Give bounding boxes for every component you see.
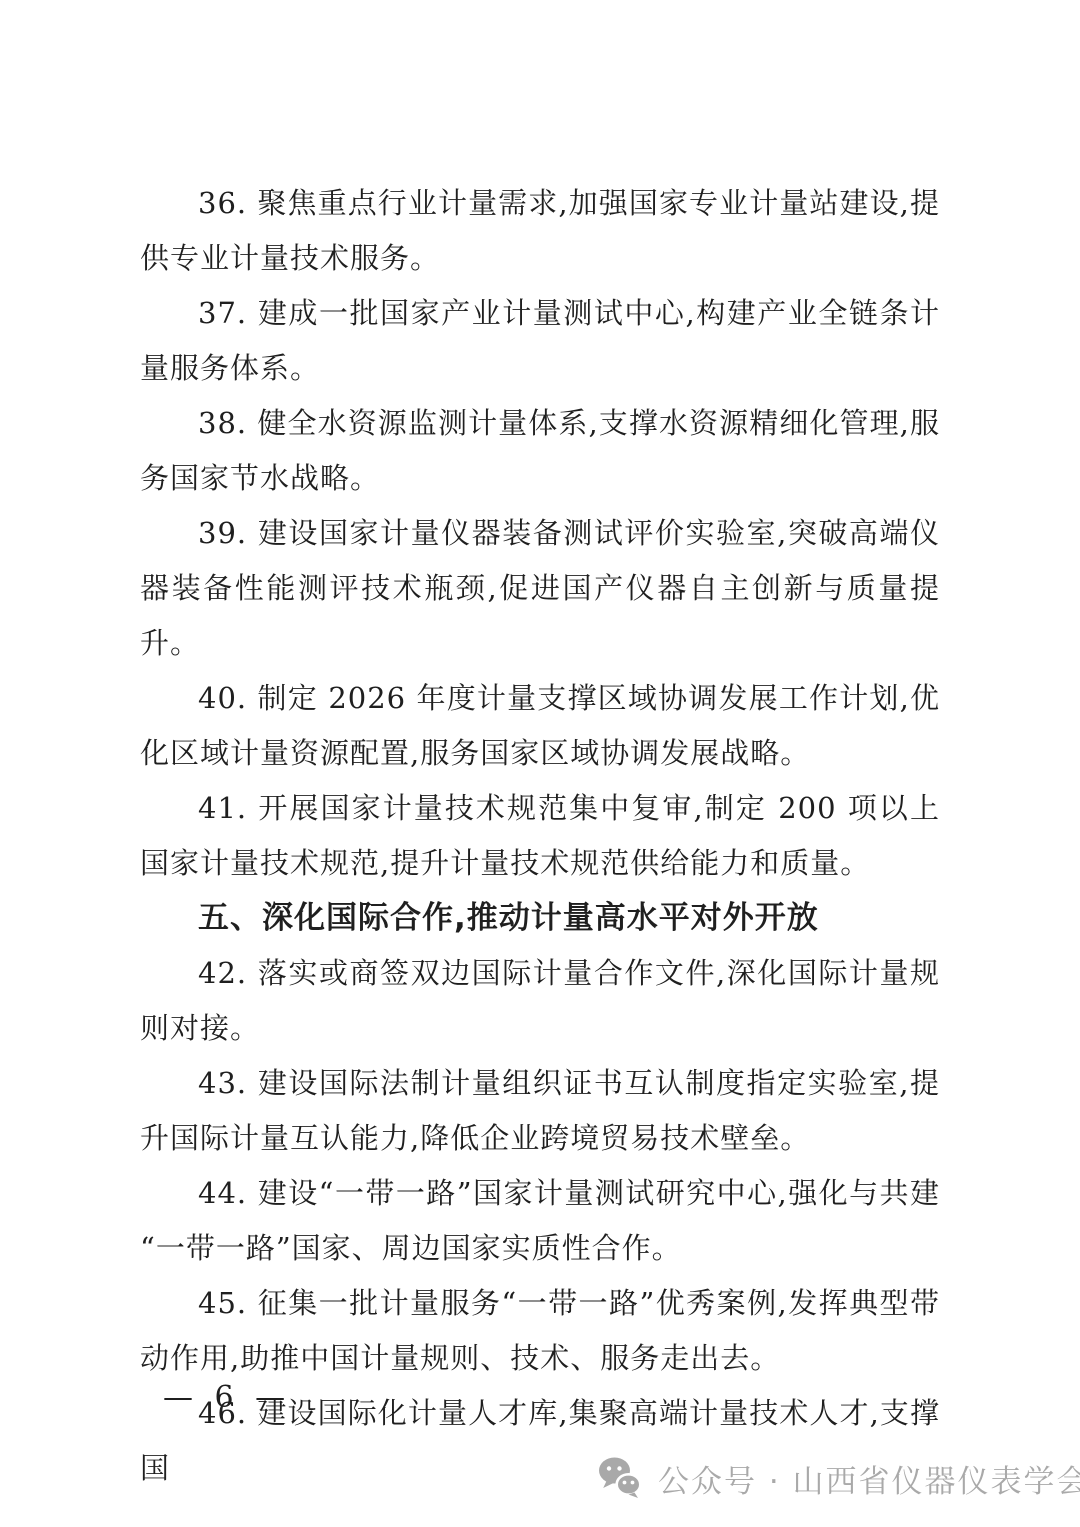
document-paragraph: 44. 建设“一带一路”国家计量测试研究中心,强化与共建“一带一路”国家、周边国…: [140, 1166, 940, 1276]
page-number: — 6 —: [163, 1380, 291, 1415]
document-paragraph: 37. 建成一批国家产业计量测试中心,构建产业全链条计量服务体系。: [140, 286, 940, 396]
wechat-icon: [598, 1457, 642, 1499]
wechat-watermark: 公众号 · 山西省仪器仪表学会: [598, 1452, 1080, 1504]
document-paragraph: 45. 征集一批计量服务“一带一路”优秀案例,发挥典型带动作用,助推中国计量规则…: [140, 1276, 940, 1386]
document-paragraph: 43. 建设国际法制计量组织证书互认制度指定实验室,提升国际计量互认能力,降低企…: [140, 1056, 940, 1166]
section-heading: 五、深化国际合作,推动计量高水平对外开放: [140, 891, 940, 946]
document-paragraph: 38. 健全水资源监测计量体系,支撑水资源精细化管理,服务国家节水战略。: [140, 396, 940, 506]
document-paragraph: 41. 开展国家计量技术规范集中复审,制定 200 项以上国家计量技术规范,提升…: [140, 781, 940, 891]
document-paragraph: 36. 聚焦重点行业计量需求,加强国家专业计量站建设,提供专业计量技术服务。: [140, 176, 940, 286]
document-paragraph: 39. 建设国家计量仪器装备测试评价实验室,突破高端仪器装备性能测评技术瓶颈,促…: [140, 506, 940, 671]
document-paragraph: 42. 落实或商签双边国际计量合作文件,深化国际计量规则对接。: [140, 946, 940, 1056]
document-page: 36. 聚焦重点行业计量需求,加强国家专业计量站建设,提供专业计量技术服务。37…: [0, 0, 1080, 1527]
watermark-label: 公众号 · 山西省仪器仪表学会: [658, 1456, 1080, 1501]
document-body: 36. 聚焦重点行业计量需求,加强国家专业计量站建设,提供专业计量技术服务。37…: [140, 176, 940, 1496]
document-paragraph: 40. 制定 2026 年度计量支撑区域协调发展工作计划,优化区域计量资源配置,…: [140, 671, 940, 781]
